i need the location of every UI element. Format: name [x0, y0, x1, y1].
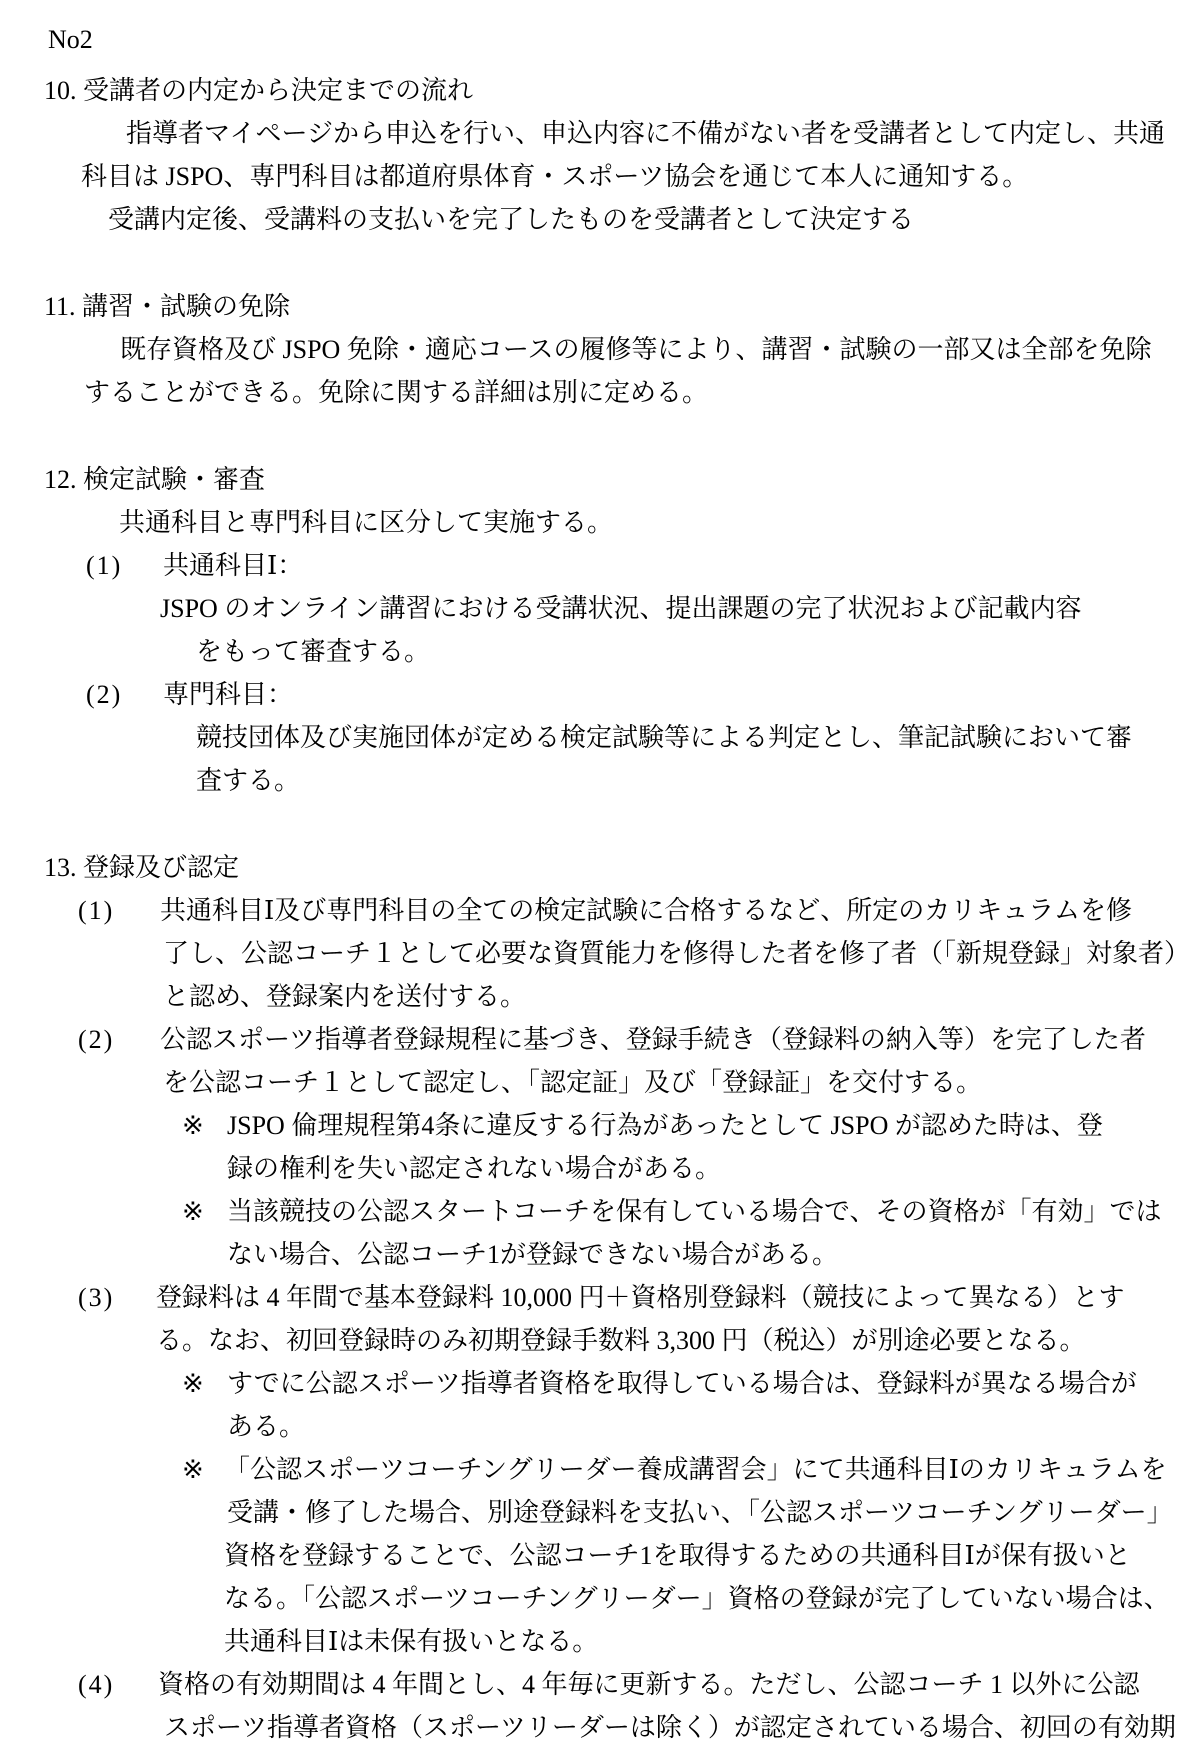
kome-marker: ※	[182, 1362, 204, 1405]
text-line: なる。「公認スポーツコーチングリーダー」資格の登録が完了していない場合は、	[0, 1577, 1200, 1620]
note-text: JSPO 倫理規程第4条に違反する行為があったとして JSPO が認めた時は、登	[0, 1104, 1200, 1147]
section-gap	[0, 61, 1200, 69]
numbered-item: (1) 共通科目Ⅰ：	[0, 544, 1200, 587]
section-gap	[0, 414, 1200, 458]
text-line: をもって審査する。	[0, 630, 1200, 673]
section-13-heading: 13. 登録及び認定	[0, 846, 1200, 889]
note-text: すでに公認スポーツ指導者資格を取得している場合は、登録料が異なる場合が	[0, 1362, 1200, 1405]
text-line: る。なお、初回登録時のみ初期登録手数料 3,300 円（税込）が別途必要となる。	[0, 1319, 1200, 1362]
text-line: 録の権利を失い認定されない場合がある。	[0, 1147, 1200, 1190]
note-item: ※ 「公認スポーツコーチングリーダー養成講習会」にて共通科目Ⅰのカリキュラムを	[0, 1448, 1200, 1491]
kome-marker: ※	[182, 1448, 204, 1491]
document-page: No2 10. 受講者の内定から決定までの流れ 指導者マイページから申込を行い、…	[0, 0, 1200, 1751]
item-text: 公認スポーツ指導者登録規程に基づき、登録手続き（登録料の納入等）を完了した者	[0, 1018, 1200, 1061]
text-line: 共通科目と専門科目に区分して実施する。	[0, 501, 1200, 544]
text-line: ある。	[0, 1405, 1200, 1448]
item-text: 共通科目Ⅰ：	[0, 544, 1200, 587]
note-text: 当該競技の公認スタートコーチを保有している場合で、その資格が「有効」では	[0, 1190, 1200, 1233]
text-line: 査する。	[0, 759, 1200, 802]
item-number: (1)	[86, 544, 122, 587]
text-line: JSPO のオンライン講習における受講状況、提出課題の完了状況および記載内容	[0, 587, 1200, 630]
note-item: ※ すでに公認スポーツ指導者資格を取得している場合は、登録料が異なる場合が	[0, 1362, 1200, 1405]
note-item: ※ 当該競技の公認スタートコーチを保有している場合で、その資格が「有効」では	[0, 1190, 1200, 1233]
text-line: 共通科目Ⅰは未保有扱いとなる。	[0, 1620, 1200, 1663]
item-text: 資格の有効期間は 4 年間とし、4 年毎に更新する。ただし、公認コーチ 1 以外…	[0, 1663, 1200, 1706]
numbered-item: (2) 公認スポーツ指導者登録規程に基づき、登録手続き（登録料の納入等）を完了し…	[0, 1018, 1200, 1061]
item-text: 共通科目Ⅰ及び専門科目の全ての検定試験に合格するなど、所定のカリキュラムを修	[0, 889, 1200, 932]
section-gap	[0, 802, 1200, 846]
item-number: (4)	[78, 1663, 114, 1706]
item-text: 専門科目：	[0, 673, 1200, 716]
item-number: (1)	[78, 889, 114, 932]
text-line: と認め、登録案内を送付する。	[0, 975, 1200, 1018]
text-line: 既存資格及び JSPO 免除・適応コースの履修等により、講習・試験の一部又は全部…	[0, 328, 1200, 371]
note-item: ※ JSPO 倫理規程第4条に違反する行為があったとして JSPO が認めた時は…	[0, 1104, 1200, 1147]
text-line: 科目は JSPO、専門科目は都道府県体育・スポーツ協会を通じて本人に通知する。	[0, 155, 1200, 198]
item-text: 登録料は 4 年間で基本登録料 10,000 円＋資格別登録料（競技によって異な…	[0, 1276, 1200, 1319]
kome-marker: ※	[182, 1190, 204, 1233]
numbered-item: (3) 登録料は 4 年間で基本登録料 10,000 円＋資格別登録料（競技によ…	[0, 1276, 1200, 1319]
text-line: 受講内定後、受講料の支払いを完了したものを受講者として決定する	[0, 198, 1200, 241]
section-gap	[0, 241, 1200, 285]
text-line: することができる。免除に関する詳細は別に定める。	[0, 371, 1200, 414]
item-number: (2)	[78, 1018, 114, 1061]
text-line: 資格を登録することで、公認コーチ1を取得するための共通科目Ⅰが保有扱いと	[0, 1534, 1200, 1577]
section-11-heading: 11. 講習・試験の免除	[0, 285, 1200, 328]
text-line: 競技団体及び実施団体が定める検定試験等による判定とし、筆記試験において審	[0, 716, 1200, 759]
text-line: 了し、公認コーチ１として必要な資質能力を修得した者を修了者（「新規登録」対象者）	[0, 932, 1200, 975]
text-line: スポーツ指導者資格（スポーツリーダーは除く）が認定されている場合、初回の有効期	[0, 1706, 1200, 1749]
section-10-heading: 10. 受講者の内定から決定までの流れ	[0, 69, 1200, 112]
numbered-item: (4) 資格の有効期間は 4 年間とし、4 年毎に更新する。ただし、公認コーチ …	[0, 1663, 1200, 1706]
text-line: ない場合、公認コーチ1が登録できない場合がある。	[0, 1233, 1200, 1276]
item-number: (2)	[86, 673, 122, 716]
page-number: No2	[0, 18, 1200, 61]
kome-marker: ※	[182, 1104, 204, 1147]
text-line: 指導者マイページから申込を行い、申込内容に不備がない者を受講者として内定し、共通	[0, 112, 1200, 155]
section-12-heading: 12. 検定試験・審査	[0, 458, 1200, 501]
numbered-item: (1) 共通科目Ⅰ及び専門科目の全ての検定試験に合格するなど、所定のカリキュラム…	[0, 889, 1200, 932]
text-line: 受講・修了した場合、別途登録料を支払い、「公認スポーツコーチングリーダー」	[0, 1491, 1200, 1534]
item-number: (3)	[78, 1276, 114, 1319]
text-line: を公認コーチ１として認定し、「認定証」及び「登録証」を交付する。	[0, 1061, 1200, 1104]
note-text: 「公認スポーツコーチングリーダー養成講習会」にて共通科目Ⅰのカリキュラムを	[0, 1448, 1200, 1491]
numbered-item: (2) 専門科目：	[0, 673, 1200, 716]
